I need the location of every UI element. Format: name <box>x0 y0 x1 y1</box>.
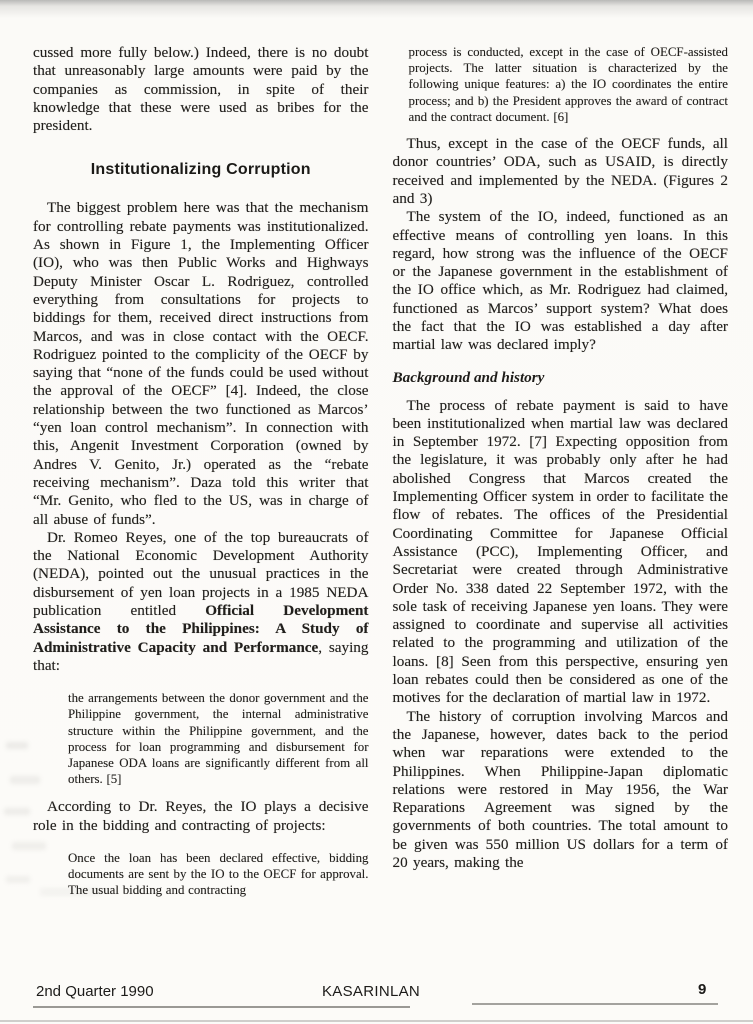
paragraph-romeo-reyes: Dr. Romeo Reyes, one of the top bureaucr… <box>33 529 369 675</box>
paragraph-history-of-corruption: The history of corruption involving Marc… <box>393 708 729 873</box>
scan-smudge <box>6 876 30 883</box>
two-column-text-area: cussed more fully below.) Indeed, there … <box>33 44 728 910</box>
footer-page-number: 9 <box>698 981 706 998</box>
paragraph-thus-oecf-funds: Thus, except in the case of the OECF fun… <box>393 135 729 208</box>
paragraph-according-to-reyes: According to Dr. Reyes, the IO plays a d… <box>33 798 369 835</box>
paragraph-io-system: The system of the IO, indeed, functioned… <box>393 208 729 354</box>
left-column: cussed more fully below.) Indeed, there … <box>33 44 369 910</box>
journal-page-scan: cussed more fully below.) Indeed, there … <box>0 0 753 1024</box>
footer-issue-date: 2nd Quarter 1990 <box>36 983 154 1000</box>
paragraph-biggest-problem: The biggest problem here was that the me… <box>33 199 369 528</box>
footer-journal-name: KASARINLAN <box>322 983 420 1000</box>
scan-smudge <box>6 742 28 749</box>
blockquote-loan-effective: Once the loan has been declared effectiv… <box>68 850 369 899</box>
paragraph-rebate-payment-process: The process of rebate payment is said to… <box>393 397 729 708</box>
subsection-heading-background-history: Background and history <box>393 369 729 387</box>
blockquote-process-continued: process is conducted, except in the case… <box>409 44 729 125</box>
blockquote-arrangements: the arrangements between the donor gover… <box>68 690 369 787</box>
footer-rule-left <box>33 1006 410 1008</box>
right-column: process is conducted, except in the case… <box>393 44 729 910</box>
footer-rule-right <box>472 1003 718 1005</box>
paragraph-continued-from-previous-page: cussed more fully below.) Indeed, there … <box>33 44 369 135</box>
scan-bottom-edge-line <box>0 1020 753 1022</box>
section-heading: Institutionalizing Corruption <box>33 161 369 179</box>
scan-smudge <box>4 808 30 815</box>
page-footer: 2nd Quarter 1990 KASARINLAN 9 <box>0 981 753 1024</box>
